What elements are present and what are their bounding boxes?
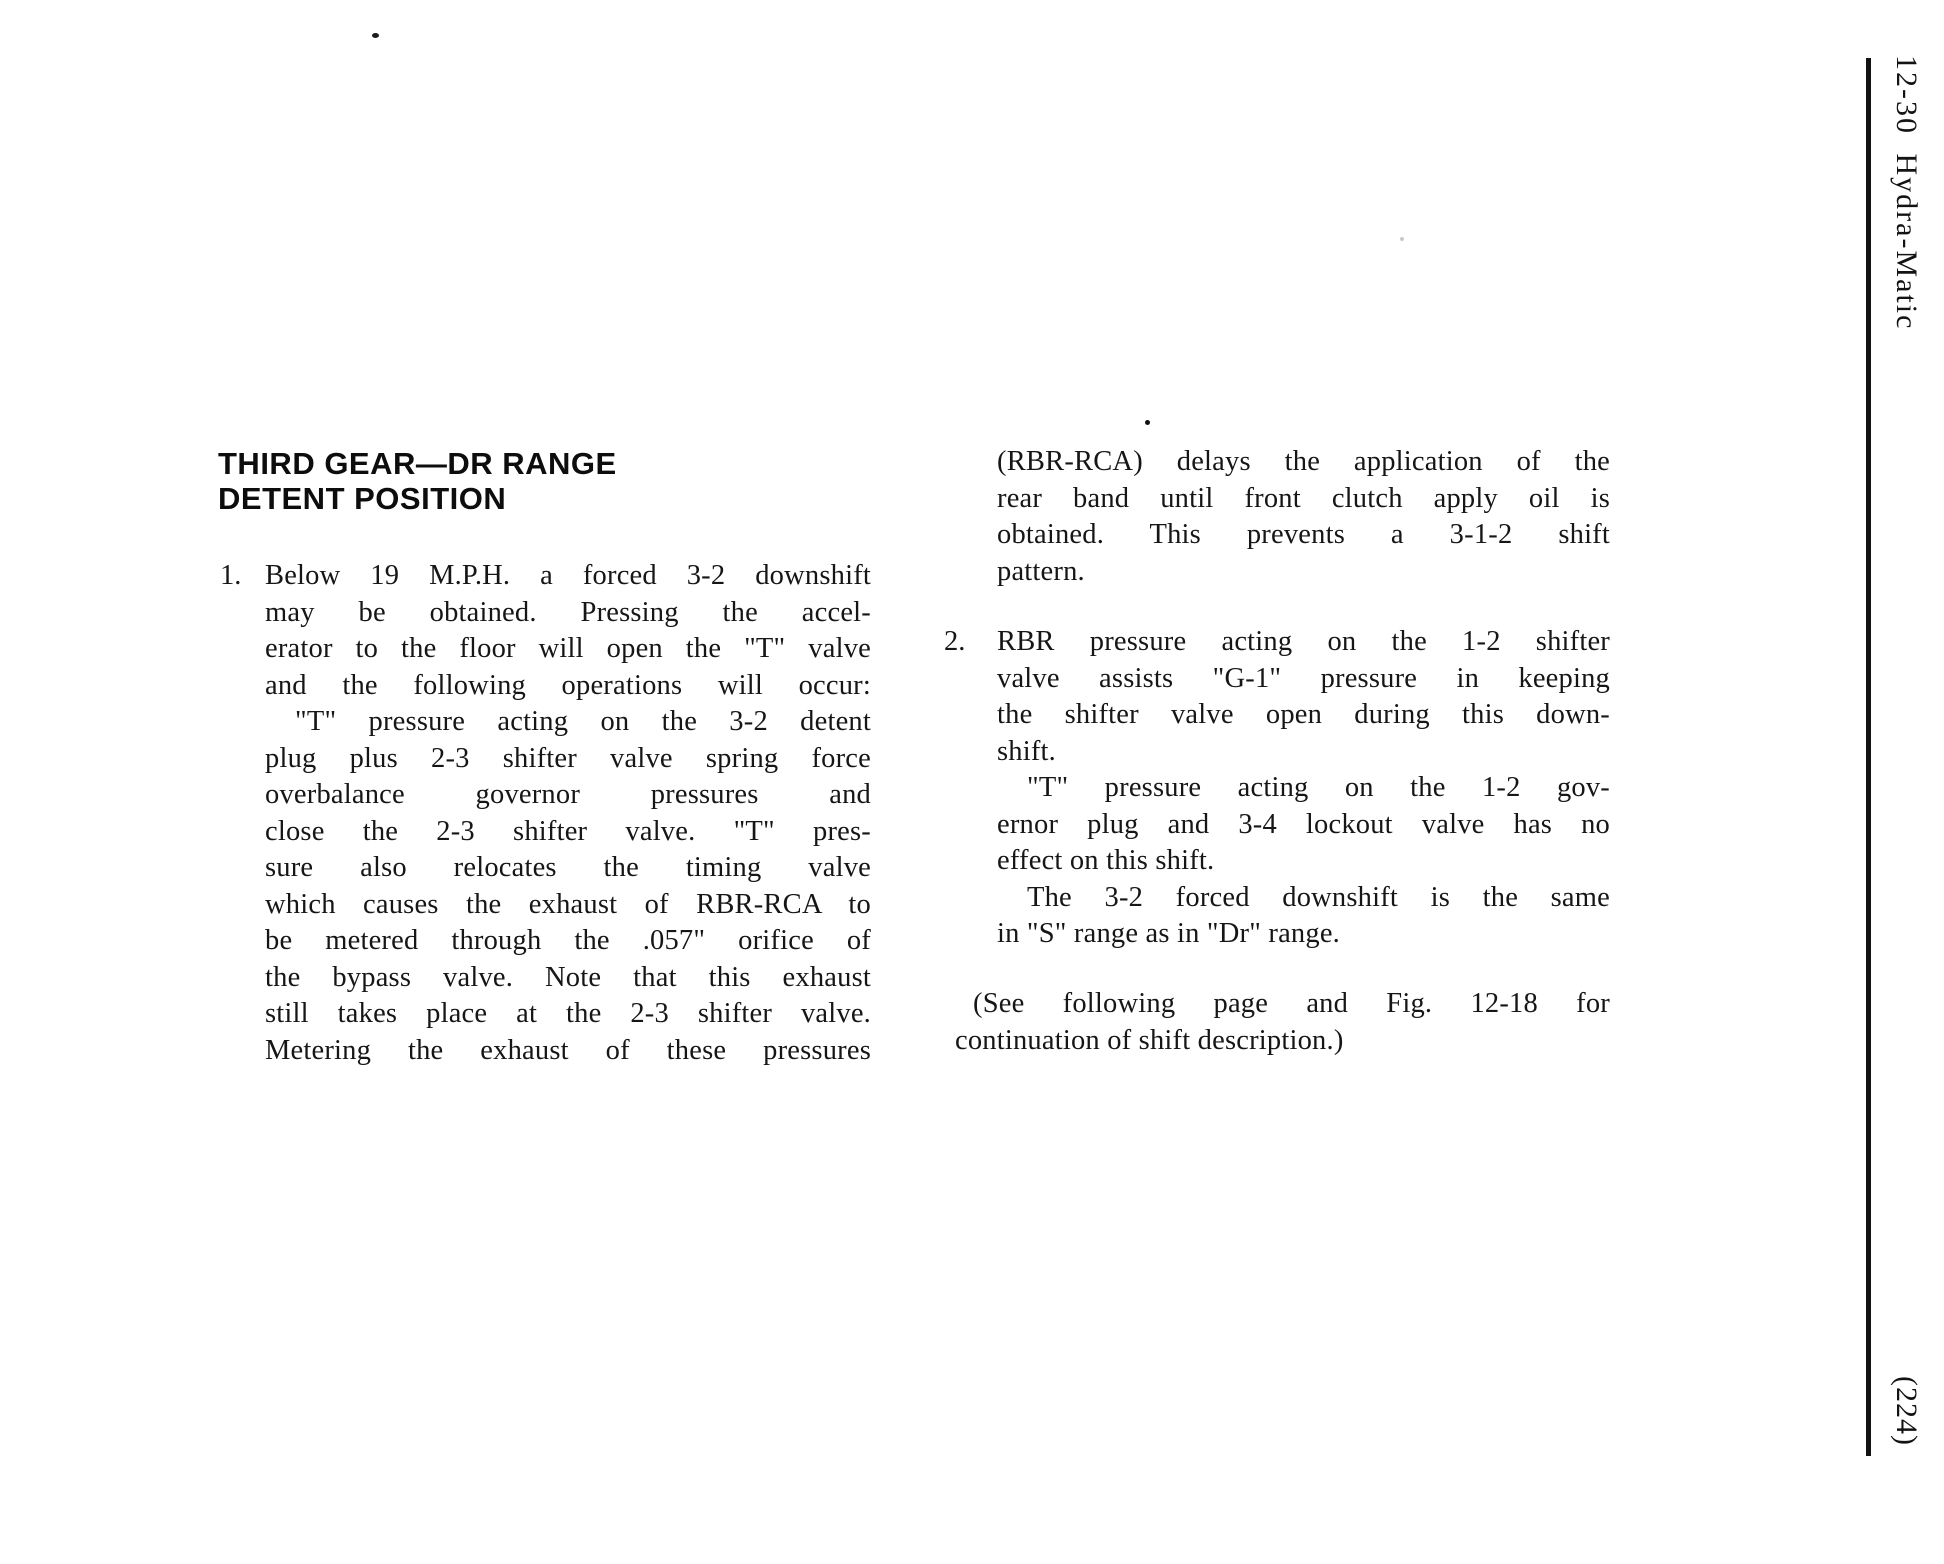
text-line: which causes the exhaust of RBR-RCA to	[265, 887, 871, 924]
list-item-number-1: 1.	[220, 558, 241, 595]
text-line: shift.	[997, 734, 1610, 771]
text-line: close the 2-3 shifter valve. "T" pres-	[265, 814, 871, 851]
text-line: "T" pressure acting on the 3-2 detent	[265, 704, 871, 741]
text-line: and the following operations will occur:	[265, 668, 871, 705]
text-line: RBR pressure acting on the 1-2 shifter	[997, 624, 1610, 661]
text-line: (See following page and Fig. 12-18 for	[955, 986, 1610, 1023]
text-line: (RBR-RCA) delays the application of the	[997, 444, 1610, 481]
text-line: effect on this shift.	[997, 843, 1610, 880]
text-line: valve assists "G-1" pressure in keeping	[997, 661, 1610, 698]
page-edge-rule	[1866, 58, 1871, 1456]
text-line: "T" pressure acting on the 1-2 gov-	[997, 770, 1610, 807]
scanned-manual-page: THIRD GEAR—DR RANGE DETENT POSITION 1. B…	[0, 0, 1944, 1564]
ink-speck	[1400, 237, 1404, 241]
ink-speck	[372, 33, 379, 38]
text-line: still takes place at the 2-3 shifter val…	[265, 996, 871, 1033]
text-line: Metering the exhaust of these pressures	[265, 1033, 871, 1070]
section-heading: THIRD GEAR—DR RANGE DETENT POSITION	[218, 446, 617, 516]
text-line: pattern.	[997, 554, 1610, 591]
left-column-text: Below 19 M.P.H. a forced 3-2 downshift m…	[265, 558, 871, 1069]
section-heading-line2: DETENT POSITION	[218, 481, 617, 516]
text-line: erator to the floor will open the "T" va…	[265, 631, 871, 668]
cross-reference-note: (See following page and Fig. 12-18 for c…	[955, 986, 1610, 1059]
text-line: may be obtained. Pressing the accel-	[265, 595, 871, 632]
text-line: be metered through the .057" orifice of	[265, 923, 871, 960]
section-heading-line1: THIRD GEAR—DR RANGE	[218, 446, 617, 481]
text-line: ernor plug and 3-4 lockout valve has no	[997, 807, 1610, 844]
text-line: plug plus 2-3 shifter valve spring force	[265, 741, 871, 778]
text-line: overbalance governor pressures and	[265, 777, 871, 814]
text-line: rear band until front clutch apply oil i…	[997, 481, 1610, 518]
list-item-number-2: 2.	[944, 624, 965, 661]
text-line: obtained. This prevents a 3-1-2 shift	[997, 517, 1610, 554]
text-line: The 3-2 forced downshift is the same	[997, 880, 1610, 917]
text-line: the bypass valve. Note that this exhaust	[265, 960, 871, 997]
text-line: the shifter valve open during this down-	[997, 697, 1610, 734]
text-line: continuation of shift description.)	[955, 1023, 1610, 1060]
right-column-item-2: RBR pressure acting on the 1-2 shifter v…	[997, 624, 1610, 953]
page-number: (224)	[1889, 1376, 1924, 1446]
running-head: 12-30 Hydra-Matic	[1889, 55, 1924, 330]
text-line: sure also relocates the timing valve	[265, 850, 871, 887]
right-column-paragraph-1: (RBR-RCA) delays the application of the …	[997, 444, 1610, 590]
text-line: Below 19 M.P.H. a forced 3-2 downshift	[265, 558, 871, 595]
text-line: in "S" range as in "Dr" range.	[997, 916, 1610, 953]
ink-speck	[1145, 420, 1150, 425]
